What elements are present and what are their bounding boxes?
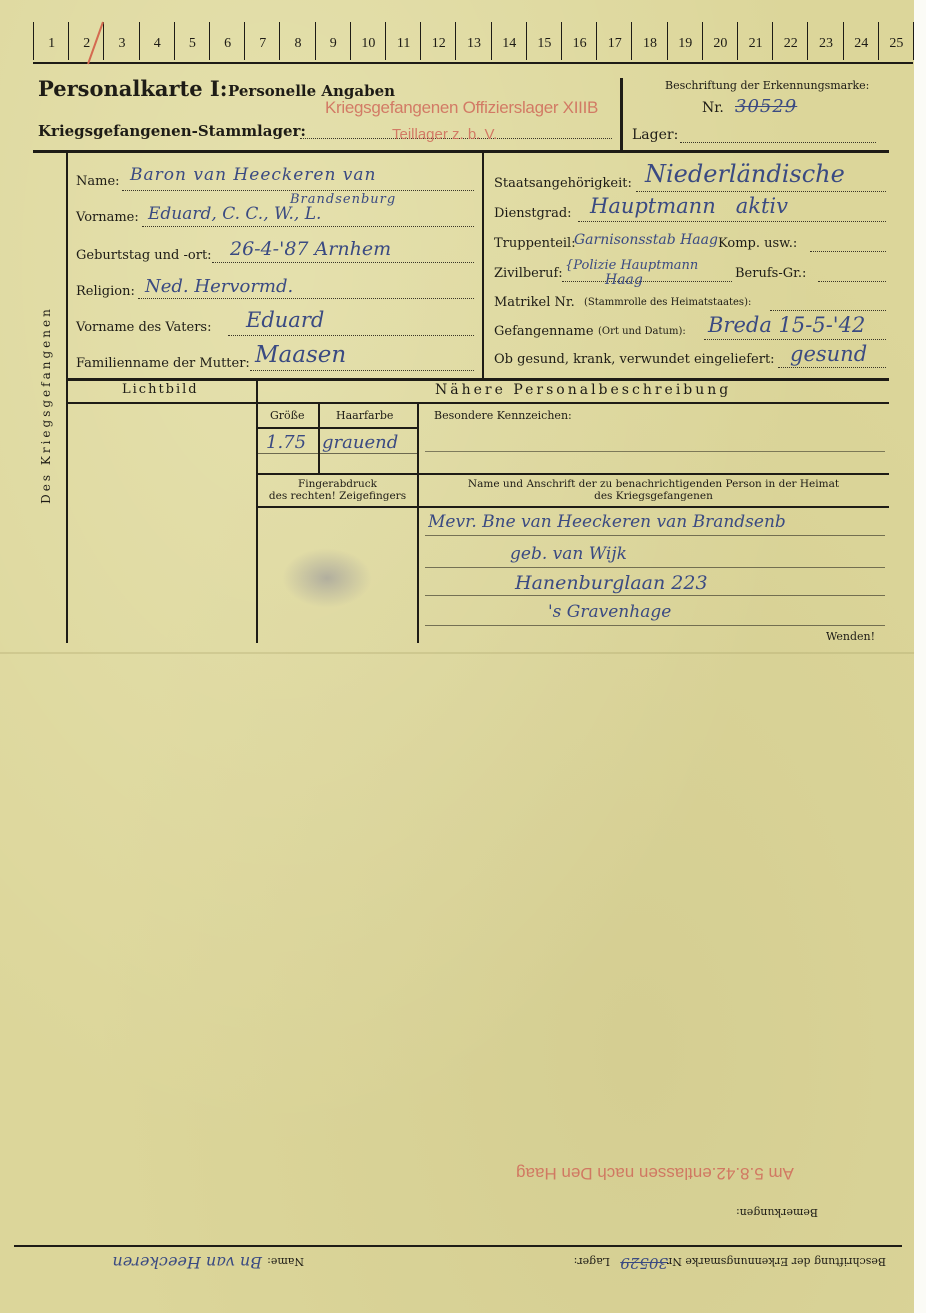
number-cell: 10 bbox=[350, 22, 386, 60]
footer-rule bbox=[14, 1245, 902, 1247]
vater-value: Eduard bbox=[246, 308, 324, 332]
finger-label-1: Fingerabdruck bbox=[258, 478, 417, 490]
fold-crease bbox=[0, 652, 914, 654]
nr-label: Nr. bbox=[702, 100, 724, 116]
number-cell: 14 bbox=[491, 22, 527, 60]
finger-header-rule bbox=[258, 506, 417, 508]
number-cell: 23 bbox=[807, 22, 843, 60]
number-cell: 20 bbox=[702, 22, 738, 60]
fingerprint-smudge bbox=[282, 548, 372, 608]
camp-stamp-line2: Teillager z. b. V. bbox=[392, 126, 497, 143]
finger-top-rule bbox=[258, 473, 889, 475]
geburt-field[interactable] bbox=[212, 262, 474, 263]
religion-value: Ned. Hervormd. bbox=[145, 276, 293, 297]
contact-field-line[interactable] bbox=[425, 595, 885, 596]
number-cell: 15 bbox=[526, 22, 562, 60]
section-rule bbox=[66, 402, 889, 404]
number-cell: 6 bbox=[209, 22, 245, 60]
zivil-value: {Polizie Hauptmann bbox=[565, 258, 698, 273]
contact-header-rule bbox=[418, 506, 889, 508]
name-field[interactable] bbox=[122, 190, 474, 191]
side-label: Des Kriegsgefangenen bbox=[39, 390, 59, 420]
haarfarbe-value: grauend bbox=[322, 432, 398, 453]
number-cell: 24 bbox=[843, 22, 879, 60]
side-frame-line bbox=[66, 153, 68, 643]
staat-label: Staatsangehörigkeit: bbox=[494, 176, 632, 191]
berufs-label: Berufs-Gr.: bbox=[735, 266, 806, 281]
contact-label: Name und Anschrift der zu benachrichtige… bbox=[418, 478, 889, 502]
gefangen-sub: (Ort und Datum): bbox=[598, 326, 686, 337]
footer-lager-label: Lager: bbox=[574, 1255, 610, 1268]
truppenteil-value: Garnisonsstab Haag bbox=[574, 232, 718, 248]
release-stamp: Am 5.8.42.entlassen nach Den Haag bbox=[440, 1163, 870, 1183]
gesund-label: Ob gesund, krank, verwundet eingeliefert… bbox=[494, 352, 775, 367]
groesse-label: Größe bbox=[270, 409, 305, 422]
finger-label-2: des rechten! Zeigefingers bbox=[258, 490, 417, 502]
contact-line: 's Gravenhage bbox=[548, 602, 671, 622]
contact-line: geb. van Wijk bbox=[510, 544, 627, 564]
erkennungsmarke-label: Beschriftung der Erkennungsmarke: bbox=[665, 79, 869, 92]
number-cell: 25 bbox=[878, 22, 914, 60]
header-rule bbox=[33, 150, 889, 153]
red-check-mark bbox=[85, 18, 107, 68]
number-cell: 21 bbox=[737, 22, 773, 60]
matrikel-field[interactable] bbox=[770, 310, 886, 311]
lichtbild-divider bbox=[256, 381, 258, 643]
number-strip: 1234567891011121314151617181920212223242… bbox=[33, 22, 913, 64]
stammlager-label: Kriegsgefangenen-Stammlager: bbox=[38, 122, 306, 140]
komp-field[interactable] bbox=[810, 251, 886, 252]
personal-bottom-rule bbox=[66, 378, 889, 381]
mutter-label: Familienname der Mutter: bbox=[76, 356, 250, 371]
gefangen-label: Gefangenname bbox=[494, 324, 594, 339]
lager-field[interactable] bbox=[680, 142, 876, 143]
number-cell: 7 bbox=[244, 22, 280, 60]
side-label-text: Des Kriegsgefangenen bbox=[39, 306, 59, 504]
groesse-value: 1.75 bbox=[266, 432, 306, 453]
footer-row: Beschriftung der Erkennungsmarke Nr. 305… bbox=[14, 1248, 902, 1270]
dienstgrad-label: Dienstgrad: bbox=[494, 206, 572, 221]
header-divider bbox=[620, 78, 623, 150]
number-cell: 16 bbox=[561, 22, 597, 60]
kennzeichen-field[interactable] bbox=[425, 451, 885, 452]
religion-field[interactable] bbox=[138, 298, 474, 299]
number-cell: 13 bbox=[455, 22, 491, 60]
prisoner-card: 1234567891011121314151617181920212223242… bbox=[0, 0, 914, 1313]
footer-nr-value: 30529 bbox=[620, 1254, 668, 1272]
kennzeichen-label: Besondere Kennzeichen: bbox=[434, 409, 572, 422]
finger-label: Fingerabdruck des rechten! Zeigefingers bbox=[258, 478, 417, 502]
gefangen-field[interactable] bbox=[704, 339, 886, 340]
camp-stamp-line1: Kriegsgefangenen Offizierslager XIIIB bbox=[325, 98, 598, 118]
footer-erk-label: Beschriftung der Erkennungsmarke Nr. bbox=[665, 1255, 886, 1268]
haarfarbe-label: Haarfarbe bbox=[336, 409, 393, 422]
name-value: Baron van Heeckeren van bbox=[130, 165, 377, 185]
zivil-label: Zivilberuf: bbox=[494, 266, 563, 281]
number-cell: 3 bbox=[103, 22, 139, 60]
gesund-value: gesund bbox=[790, 342, 867, 366]
nr-value: 30529 bbox=[735, 96, 797, 117]
vorname-field[interactable] bbox=[142, 226, 474, 227]
mutter-field[interactable] bbox=[250, 370, 474, 371]
geburt-label: Geburtstag und -ort: bbox=[76, 248, 212, 263]
gefangen-value: Breda 15-5-'42 bbox=[708, 313, 865, 337]
footer-name-value: Bn van Heeckeren bbox=[112, 1253, 262, 1272]
mutter-value: Maasen bbox=[255, 342, 346, 368]
lichtbild-label: Lichtbild bbox=[122, 382, 199, 397]
gesund-field[interactable] bbox=[778, 367, 886, 368]
contact-field-line[interactable] bbox=[425, 625, 885, 626]
personal-divider bbox=[482, 153, 484, 378]
zivil-value-line2: Haag bbox=[605, 272, 643, 288]
berufs-field[interactable] bbox=[818, 281, 886, 282]
truppenteil-label: Truppenteil: bbox=[494, 236, 576, 251]
number-cell: 18 bbox=[631, 22, 667, 60]
dienstgrad-value: Hauptmann aktiv bbox=[590, 194, 788, 218]
matrikel-sub: (Stammrolle des Heimatstaates): bbox=[584, 297, 751, 308]
staat-field[interactable] bbox=[636, 191, 886, 192]
groesse-divider bbox=[318, 403, 320, 473]
religion-label: Religion: bbox=[76, 284, 135, 299]
vorname-label: Vorname: bbox=[76, 210, 139, 225]
contact-field-line[interactable] bbox=[425, 567, 885, 568]
matrikel-label: Matrikel Nr. bbox=[494, 295, 575, 310]
number-cell: 22 bbox=[772, 22, 808, 60]
groesse-value-rule bbox=[258, 453, 417, 454]
lager-label: Lager: bbox=[632, 127, 678, 143]
section-title: Nähere Personalbeschreibung bbox=[435, 382, 731, 398]
number-cell: 4 bbox=[139, 22, 175, 60]
bemerkungen-label: Bemerkungen: bbox=[736, 1206, 818, 1219]
contact-line: Mevr. Bne van Heeckeren van Brandsenb bbox=[428, 512, 910, 532]
komp-label: Komp. usw.: bbox=[718, 236, 797, 251]
name-label: Name: bbox=[76, 174, 120, 189]
number-cell: 17 bbox=[596, 22, 632, 60]
geburt-value: 26-4-'87 Arnhem bbox=[230, 238, 391, 260]
contact-label-1: Name und Anschrift der zu benachrichtige… bbox=[418, 478, 889, 490]
vorname-value: Eduard, C. C., W., L. bbox=[148, 204, 321, 224]
contact-field-line[interactable] bbox=[425, 535, 885, 536]
number-cell: 8 bbox=[279, 22, 315, 60]
vater-label: Vorname des Vaters: bbox=[76, 320, 211, 335]
staat-value: Niederländische bbox=[645, 160, 845, 188]
number-cell: 5 bbox=[174, 22, 210, 60]
number-cell: 1 bbox=[33, 22, 69, 60]
footer-name-label: Name: bbox=[267, 1255, 304, 1268]
dienstgrad-field[interactable] bbox=[578, 221, 886, 222]
number-cell: 9 bbox=[315, 22, 351, 60]
contact-line: Hanenburglaan 223 bbox=[515, 572, 708, 594]
number-cell: 19 bbox=[667, 22, 703, 60]
vater-field[interactable] bbox=[228, 335, 474, 336]
description-divider bbox=[417, 403, 419, 643]
card-title: Personalkarte I: bbox=[38, 76, 228, 101]
zivil-field[interactable] bbox=[562, 281, 732, 282]
number-strip-end bbox=[913, 22, 914, 60]
number-cell: 11 bbox=[385, 22, 421, 60]
number-cell: 12 bbox=[420, 22, 456, 60]
groesse-header-rule bbox=[258, 427, 417, 429]
wenden-label: Wenden! bbox=[826, 630, 875, 643]
contact-label-2: des Kriegsgefangenen bbox=[418, 490, 889, 502]
